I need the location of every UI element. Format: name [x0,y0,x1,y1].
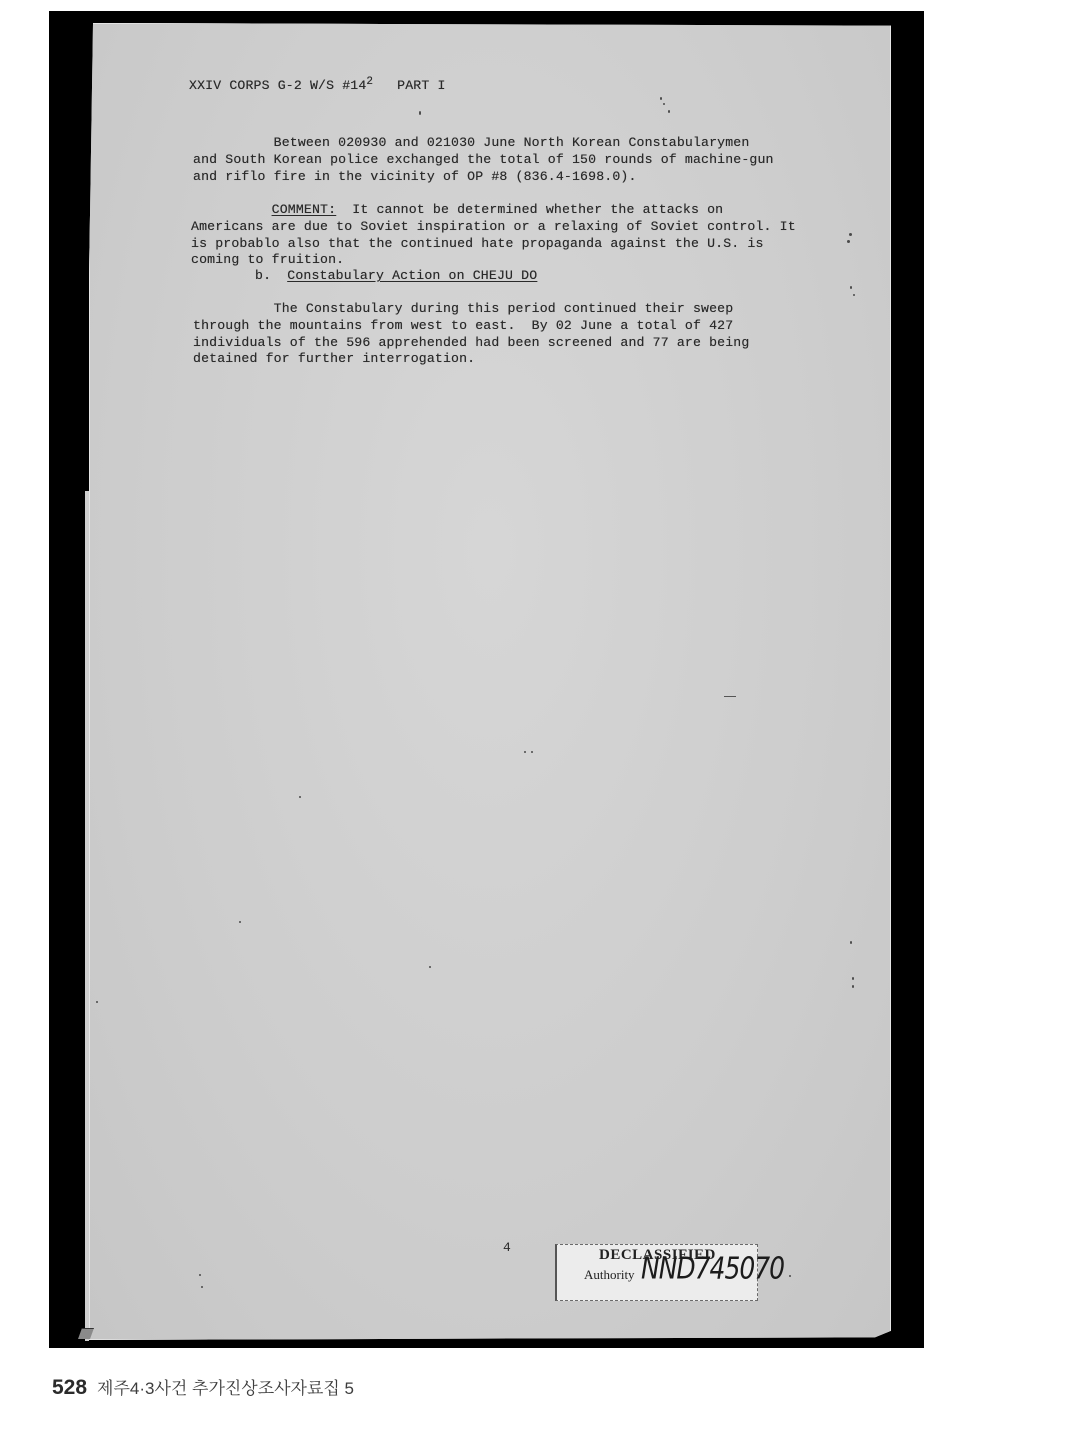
document-page-number: 4 [503,1240,511,1255]
scan-speck [199,1274,201,1276]
scan-speck [853,294,855,296]
section-heading: b. Constabulary Action on CHEJU DO [255,268,537,285]
text-line: coming to fruition. [191,252,796,269]
book-page-number: 528 [52,1376,87,1400]
scan-mark [724,696,736,697]
scan-speck [668,110,670,113]
text-line: is probablo also that the continued hate… [191,236,796,253]
book-footer: 528 제주4·3사건 추가진상조사자료집 5 [52,1374,354,1400]
paragraph-firefight: Between 020930 and 021030 June North Kor… [193,135,774,185]
document-header: XXIV CORPS G-2 W/S #142PART I [189,78,446,96]
text-line: detained for further interrogation. [193,351,749,368]
text-line: It cannot be determined whether the atta… [336,202,723,217]
scan-speck [852,977,854,980]
scan-speck [531,751,533,753]
header-superscript: 2 [366,76,373,88]
declassified-stamp: DECLASSIFIED Authority NND745070 [555,1244,758,1301]
text-line: Between 020930 and 021030 June North Kor… [193,135,774,152]
text-line: individuals of the 596 apprehended had b… [193,335,749,352]
text-line: The Constabulary during this period cont… [193,301,749,318]
scanned-document-frame: XXIV CORPS G-2 W/S #142PART I Between 02… [49,11,924,1348]
book-title: 제주4·3사건 추가진상조사자료집 5 [97,1374,354,1399]
header-title: XXIV CORPS G-2 W/S #14 [189,78,366,93]
paragraph-constabulary: The Constabulary during this period cont… [193,301,749,368]
scan-speck [849,233,852,236]
stamp-authority-label: Authority [584,1267,635,1283]
scan-speck [239,921,241,923]
scan-speck [663,103,665,105]
scan-speck [429,966,431,968]
comment-first-line: COMMENT: It cannot be determined whether… [191,202,796,219]
comment-label: COMMENT: [272,202,337,217]
scan-speck [847,240,850,243]
scan-speck [850,286,852,289]
scan-speck [299,796,301,798]
scan-speck [419,111,421,115]
text-line: through the mountains from west to east.… [193,318,749,335]
scan-speck [852,985,854,988]
header-part: PART I [397,78,445,93]
section-title: Constabulary Action on CHEJU DO [287,268,537,283]
text-line: and South Korean police exchanged the to… [193,152,774,169]
scan-speck [660,97,662,100]
stamp-authority-number: NND745070 [641,1251,784,1286]
scan-speck [201,1286,203,1288]
text-line: Americans are due to Soviet inspiration … [191,219,796,236]
scan-speck [96,1001,98,1003]
scan-speck [789,1275,791,1277]
scan-speck [850,941,852,944]
text-line: and riflo fire in the vicinity of OP #8 … [193,169,774,186]
section-marker: b. [255,268,271,283]
scan-speck [524,751,526,753]
paragraph-comment: COMMENT: It cannot be determined whether… [191,202,796,269]
